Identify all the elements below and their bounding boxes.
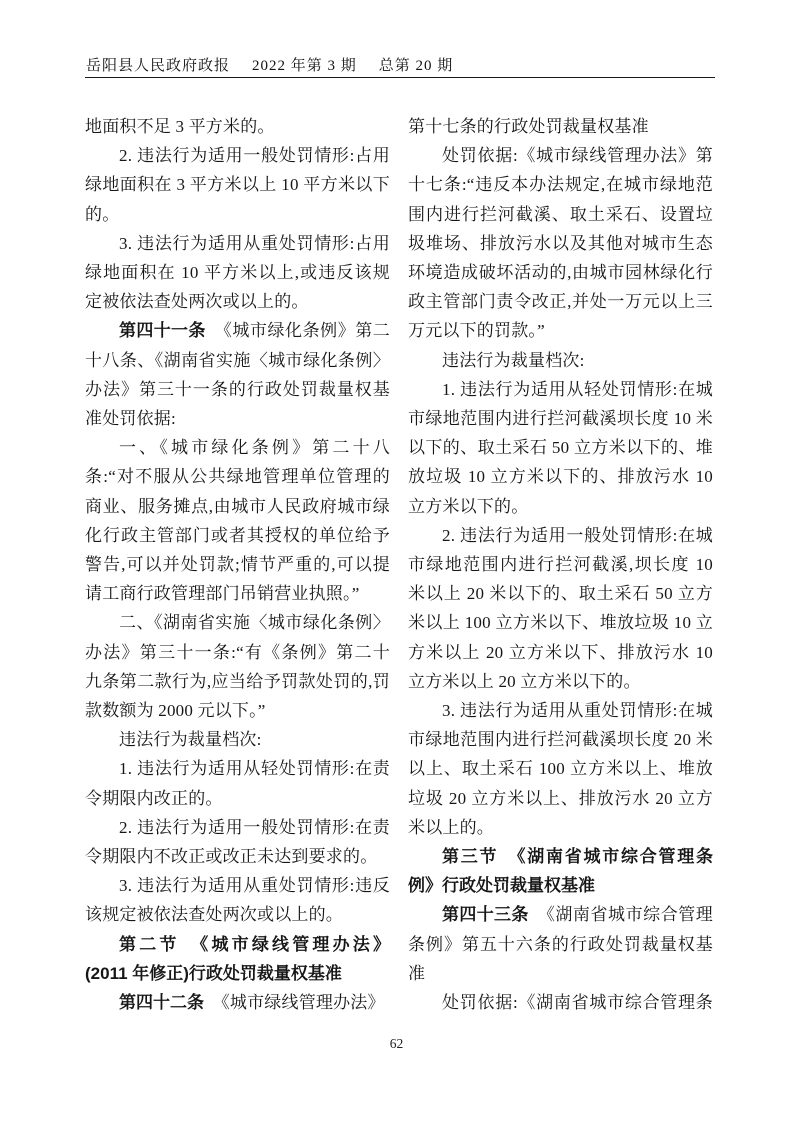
heading-text: 第四十一条 <box>119 321 206 340</box>
paragraph: 地面积不足 3 平方米的。 <box>85 112 390 141</box>
paragraph: 第四十二条 《城市绿线管理办法》 <box>85 988 390 1017</box>
page-header: 岳阳县人民政府政报2022 年第 3 期总第 20 期 <box>86 54 453 75</box>
body-text: 2. 违法行为适用一般处罚情形:在城市绿地范围内进行拦河截溪,坝长度 10 米以… <box>408 526 713 691</box>
paragraph: 2. 违法行为适用一般处罚情形:占用绿地面积在 3 平方米以上 10 平方米以下… <box>85 141 390 229</box>
two-column-text-area: 地面积不足 3 平方米的。2. 违法行为适用一般处罚情形:占用绿地面积在 3 平… <box>85 112 713 1020</box>
heading-text: 第四十二条 <box>119 993 204 1012</box>
paragraph: 2. 违法行为适用一般处罚情形:在责令期限内不改正或改正未达到要求的。 <box>85 813 390 871</box>
heading-text: 第三节 《湖南省城市综合管理条例》行政处罚裁量权基准 <box>408 847 713 895</box>
paragraph: 1. 违法行为适用从轻处罚情形:在城市绿地范围内进行拦河截溪坝长度 10 米以下… <box>408 375 713 521</box>
gazette-title: 岳阳县人民政府政报 <box>86 58 230 74</box>
volume-number: 总第 20 期 <box>379 58 454 74</box>
heading-text: 第四十三条 <box>442 905 529 924</box>
paragraph: 3. 违法行为适用从重处罚情形:在城市绿地范围内进行拦河截溪坝长度 20 米以上… <box>408 696 713 842</box>
body-text: 3. 违法行为适用从重处罚情形:违反该规定被依法查处两次或以上的。 <box>85 876 390 924</box>
body-text: 一、《城市绿化条例》第二十八条:“对不服从公共绿地管理单位管理的商业、服务摊点,… <box>85 438 390 603</box>
body-text: 处罚依据:《城市绿线管理办法》第十七条:“违反本办法规定,在城市绿地范围内进行拦… <box>408 146 713 340</box>
paragraph: 一、《城市绿化条例》第二十八条:“对不服从公共绿地管理单位管理的商业、服务摊点,… <box>85 433 390 608</box>
body-text: 地面积不足 3 平方米的。 <box>85 117 275 136</box>
body-text: 违法行为裁量档次: <box>119 730 262 749</box>
paragraph: 处罚依据:《湖南省城市综合管理条例》第五十六条:“违反本条例第十九条规定损毁城市… <box>408 988 713 1020</box>
paragraph: 3. 违法行为适用从重处罚情形:违反该规定被依法查处两次或以上的。 <box>85 871 390 929</box>
right-column: 第十七条的行政处罚裁量权基准处罚依据:《城市绿线管理办法》第十七条:“违反本办法… <box>408 112 713 1020</box>
paragraph: 违法行为裁量档次: <box>408 346 713 375</box>
body-text: 3. 违法行为适用从重处罚情形:占用绿地面积在 10 平方米以上,或违反该规定被… <box>85 234 390 311</box>
paragraph: 违法行为裁量档次: <box>85 725 390 754</box>
body-text: 2. 违法行为适用一般处罚情形:在责令期限内不改正或改正未达到要求的。 <box>85 818 390 866</box>
issue-number: 2022 年第 3 期 <box>252 58 357 74</box>
paragraph: 1. 违法行为适用从轻处罚情形:在责令期限内改正的。 <box>85 754 390 812</box>
heading-text: 第二节 《城市绿线管理办法》(2011 年修正)行政处罚裁量权基准 <box>85 935 390 983</box>
left-column: 地面积不足 3 平方米的。2. 违法行为适用一般处罚情形:占用绿地面积在 3 平… <box>85 112 390 1020</box>
paragraph: 第十七条的行政处罚裁量权基准 <box>408 112 713 141</box>
document-page: 岳阳县人民政府政报2022 年第 3 期总第 20 期 地面积不足 3 平方米的… <box>0 0 793 1122</box>
paragraph: 第二节 《城市绿线管理办法》(2011 年修正)行政处罚裁量权基准 <box>85 930 390 988</box>
page-footer: 62 <box>0 1036 793 1052</box>
paragraph: 二、《湖南省实施〈城市绿化条例〉办法》第三十一条:“有《条例》第二十九条第二款行… <box>85 608 390 725</box>
body-text: 1. 违法行为适用从轻处罚情形:在责令期限内改正的。 <box>85 759 390 807</box>
body-text: 1. 违法行为适用从轻处罚情形:在城市绿地范围内进行拦河截溪坝长度 10 米以下… <box>408 380 713 516</box>
paragraph: 第三节 《湖南省城市综合管理条例》行政处罚裁量权基准 <box>408 842 713 900</box>
paragraph: 2. 违法行为适用一般处罚情形:在城市绿地范围内进行拦河截溪,坝长度 10 米以… <box>408 521 713 696</box>
header-rule <box>85 77 715 78</box>
paragraph: 第四十三条 《湖南省城市综合管理条例》第五十六条的行政处罚裁量权基准 <box>408 900 713 988</box>
body-text: 第十七条的行政处罚裁量权基准 <box>408 117 649 136</box>
body-text: 3. 违法行为适用从重处罚情形:在城市绿地范围内进行拦河截溪坝长度 20 米以上… <box>408 701 713 837</box>
paragraph: 第四十一条 《城市绿化条例》第二十八条、《湖南省实施〈城市绿化条例〉办法》第三十… <box>85 316 390 433</box>
body-text: 2. 违法行为适用一般处罚情形:占用绿地面积在 3 平方米以上 10 平方米以下… <box>85 146 390 223</box>
body-text: 违法行为裁量档次: <box>442 351 585 370</box>
body-text: 二、《湖南省实施〈城市绿化条例〉办法》第三十一条:“有《条例》第二十九条第二款行… <box>85 613 390 720</box>
paragraph: 处罚依据:《城市绿线管理办法》第十七条:“违反本办法规定,在城市绿地范围内进行拦… <box>408 141 713 345</box>
paragraph: 3. 违法行为适用从重处罚情形:占用绿地面积在 10 平方米以上,或违反该规定被… <box>85 229 390 317</box>
page-number: 62 <box>390 1036 404 1051</box>
body-text: 《城市绿线管理办法》 <box>204 993 385 1012</box>
body-text: 处罚依据:《湖南省城市综合管理条例》第五十六条:“违反本条例第十九条规定损毁城市… <box>408 993 713 1020</box>
